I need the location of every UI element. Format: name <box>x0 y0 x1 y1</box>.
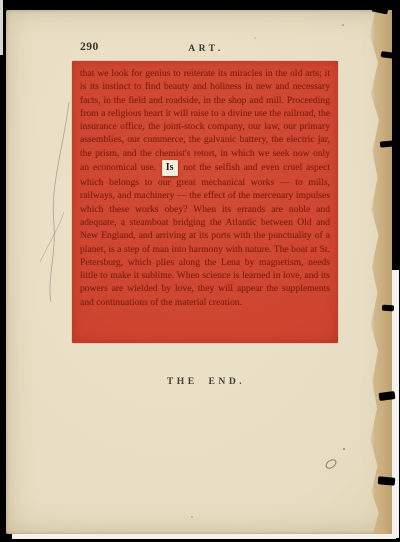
photo-of-book-page: { "page": { "number": "290", "running_he… <box>0 0 400 542</box>
book-page: 290 ART. that we look for genius to reit… <box>6 10 392 534</box>
highlight-window: Is <box>162 160 178 176</box>
overlay-text-after: not the selfish and even cruel aspect wh… <box>80 162 330 308</box>
edge-notch <box>382 305 394 312</box>
highlight-word: Is <box>166 162 174 173</box>
running-head: ART. <box>73 44 339 54</box>
deckle-edge <box>368 10 392 534</box>
edge-notch <box>378 476 396 485</box>
overlay-text-before: that we look for genius to reiterate its… <box>80 68 330 173</box>
edge-notch <box>380 140 395 147</box>
backdrop-topleft-sliver <box>0 0 3 55</box>
the-end-label: THE END. <box>73 376 339 387</box>
red-overlay-block: that we look for genius to reiterate its… <box>72 61 338 343</box>
overlay-paragraph: that we look for genius to reiterate its… <box>72 61 338 309</box>
